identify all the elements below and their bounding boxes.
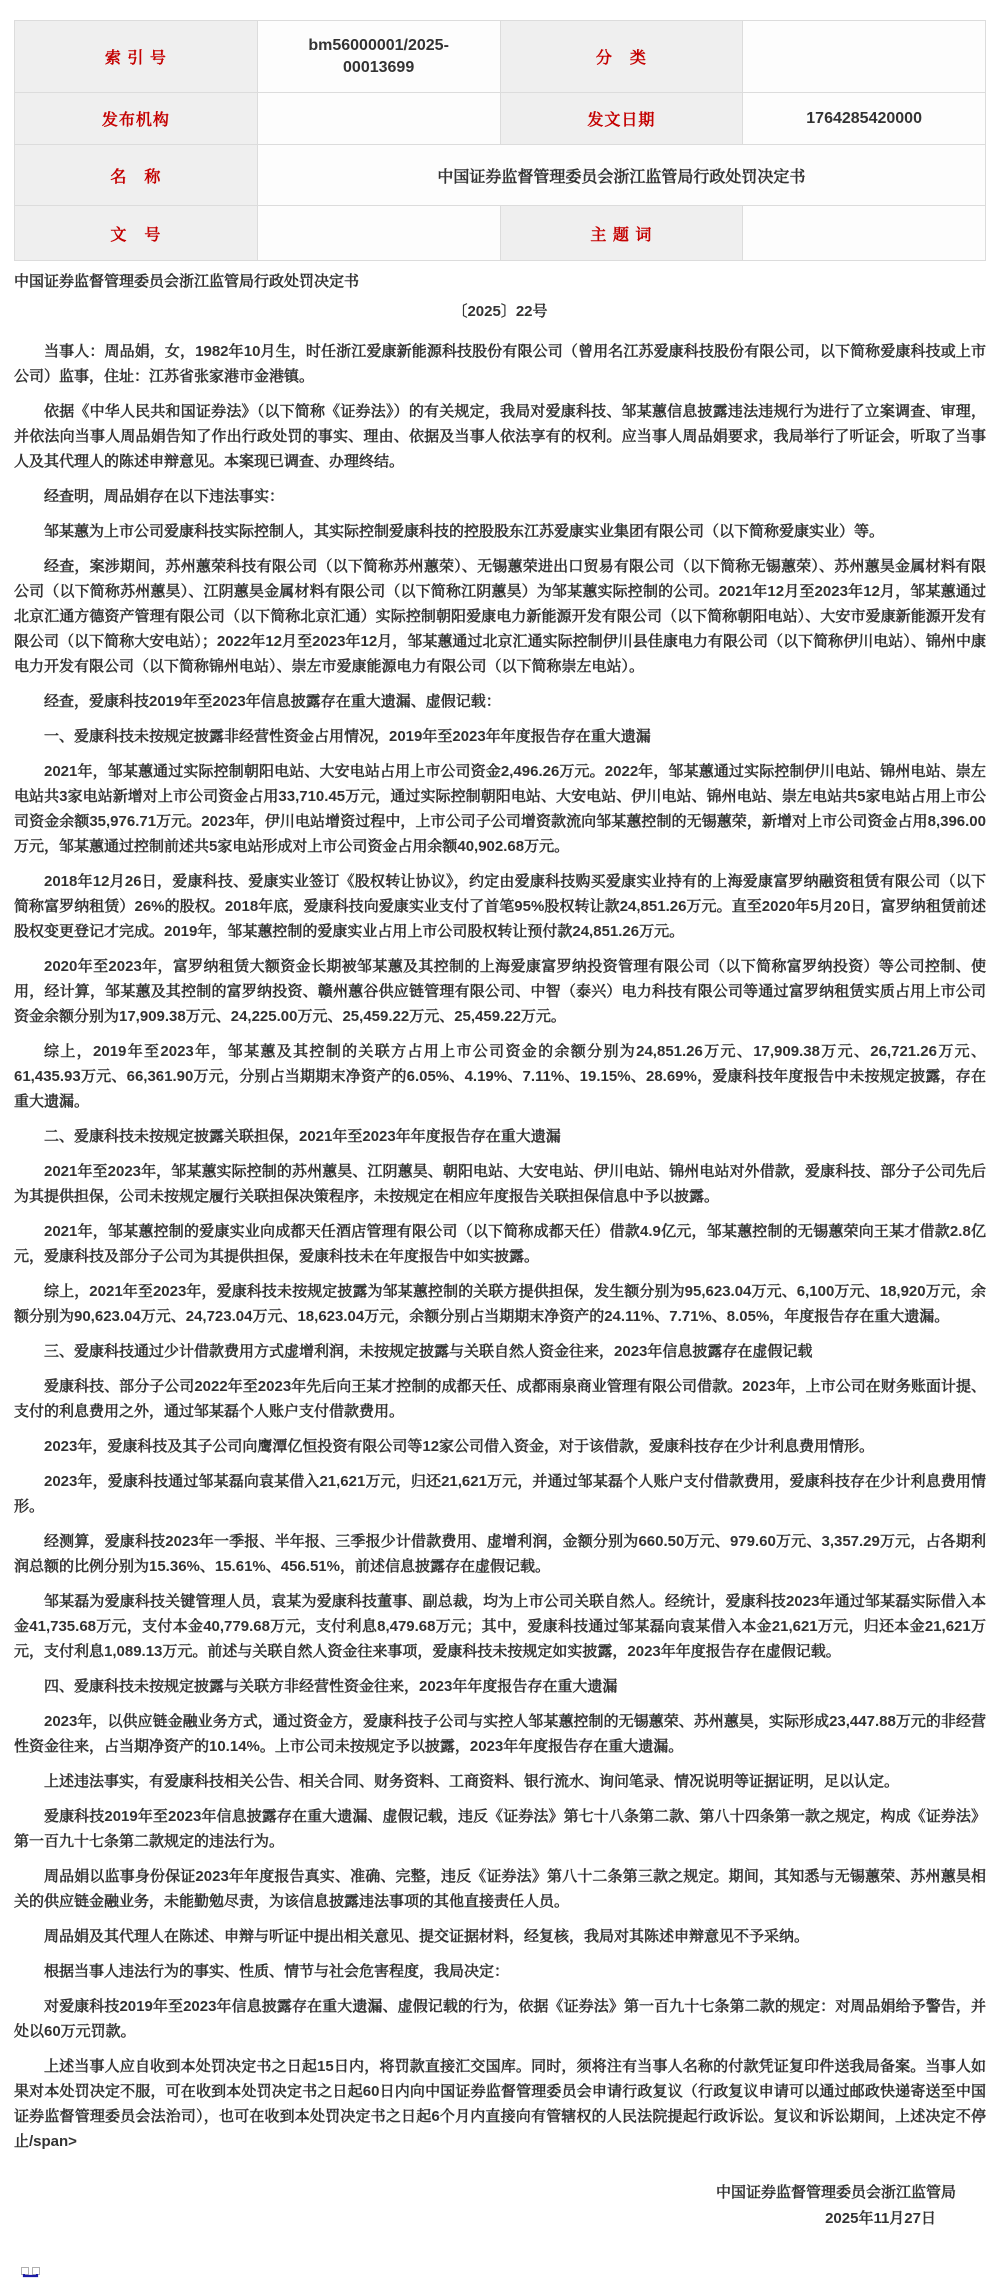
- body-paragraph: 当事人：周品娟，女，1982年10月生，时任浙江爱康新能源科技股份有限公司（曾用…: [14, 339, 986, 389]
- body-paragraph: 综上，2021年至2023年，爱康科技未按规定披露为邹某蕙控制的关联方提供担保，…: [14, 1279, 986, 1329]
- body-paragraph: 周品娟以监事身份保证2023年年度报告真实、准确、完整，违反《证券法》第八十二条…: [14, 1864, 986, 1914]
- meta-row-4: 文 号 主 题 词: [15, 206, 986, 261]
- meta-row-2: 发布机构 发文日期 1764285420000: [15, 93, 986, 145]
- body-paragraph: 经查，案涉期间，苏州蕙荣科技有限公司（以下简称苏州蕙荣）、无锡蕙荣进出口贸易有限…: [14, 554, 986, 679]
- body-paragraph: 2020年至2023年，富罗纳租赁大额资金长期被邹某蕙及其控制的上海爱康富罗纳投…: [14, 954, 986, 1029]
- body-paragraph: 二、爱康科技未按规定披露关联担保，2021年至2023年年度报告存在重大遗漏: [14, 1124, 986, 1149]
- date-label: 发文日期: [500, 93, 743, 145]
- body-paragraph: 2021年，邹某蕙通过实际控制朝阳电站、大安电站占用上市公司资金2,496.26…: [14, 759, 986, 859]
- body-paragraph: 经测算，爱康科技2023年一季报、半年报、三季报少计借款费用、虚增利润，金额分别…: [14, 1529, 986, 1579]
- issuer-value: [257, 93, 500, 145]
- body-paragraph: 2023年，爱康科技通过邹某磊向袁某借入21,621万元，归还21,621万元，…: [14, 1469, 986, 1519]
- body-paragraph: 邹某磊为爱康科技关键管理人员，袁某为爱康科技董事、副总裁，均为上市公司关联自然人…: [14, 1589, 986, 1664]
- body-paragraph: 周品娟及其代理人在陈述、申辩与听证中提出相关意见、提交证据材料，经复核，我局对其…: [14, 1924, 986, 1949]
- signature-org: 中国证券监督管理委员会浙江监管局: [0, 2180, 1000, 2206]
- meta-row-1: 索 引 号 bm56000001/2025-00013699 分 类: [15, 21, 986, 93]
- broken-image-icon: [20, 2264, 42, 2280]
- document-number: 〔2025〕22号: [0, 301, 1000, 323]
- page: 索 引 号 bm56000001/2025-00013699 分 类 发布机构 …: [0, 20, 1000, 2280]
- body-paragraph: 经查，爱康科技2019年至2023年信息披露存在重大遗漏、虚假记载：: [14, 689, 986, 714]
- subject-label: 主 题 词: [500, 206, 743, 261]
- body-paragraph: 爱康科技2019年至2023年信息披露存在重大遗漏、虚假记载，违反《证券法》第七…: [14, 1804, 986, 1854]
- category-label: 分 类: [500, 21, 743, 93]
- signature-block: 中国证券监督管理委员会浙江监管局 2025年11月27日: [0, 2180, 1000, 2232]
- body-paragraph: 经查明，周品娟存在以下违法事实：: [14, 484, 986, 509]
- meta-row-3: 名 称 中国证券监督管理委员会浙江监管局行政处罚决定书: [15, 145, 986, 206]
- body-paragraph: 综上，2019年至2023年，邹某蕙及其控制的关联方占用上市公司资金的余额分别为…: [14, 1039, 986, 1114]
- body-paragraph: 2023年，爱康科技及其子公司向鹰潭亿恒投资有限公司等12家公司借入资金，对于该…: [14, 1434, 986, 1459]
- body-paragraph: 三、爱康科技通过少计借款费用方式虚增利润，未按规定披露与关联自然人资金往来，20…: [14, 1339, 986, 1364]
- body-paragraph: 四、爱康科技未按规定披露与关联方非经营性资金往来，2023年年度报告存在重大遗漏: [14, 1674, 986, 1699]
- doc-no-value: [257, 206, 500, 261]
- name-label: 名 称: [15, 145, 258, 206]
- document-meta-table: 索 引 号 bm56000001/2025-00013699 分 类 发布机构 …: [14, 20, 986, 261]
- document-body: 当事人：周品娟，女，1982年10月生，时任浙江爱康新能源科技股份有限公司（曾用…: [14, 339, 986, 2154]
- document-title: 中国证券监督管理委员会浙江监管局行政处罚决定书: [14, 271, 986, 293]
- body-paragraph: 一、爱康科技未按规定披露非经营性资金占用情况，2019年至2023年年度报告存在…: [14, 724, 986, 749]
- name-value: 中国证券监督管理委员会浙江监管局行政处罚决定书: [257, 145, 985, 206]
- body-paragraph: 根据当事人违法行为的事实、性质、情节与社会危害程度，我局决定：: [14, 1959, 986, 1984]
- index-value-text: bm56000001/2025-00013699: [291, 35, 467, 79]
- body-paragraph: 邹某蕙为上市公司爱康科技实际控制人，其实际控制爱康科技的控股股东江苏爱康实业集团…: [14, 519, 986, 544]
- body-paragraph: 2018年12月26日，爱康科技、爱康实业签订《股权转让协议》，约定由爱康科技购…: [14, 869, 986, 944]
- body-paragraph: 依据《中华人民共和国证券法》（以下简称《证券法》）的有关规定，我局对爱康科技、邹…: [14, 399, 986, 474]
- signature-date: 2025年11月27日: [0, 2206, 1000, 2232]
- date-value: 1764285420000: [743, 93, 986, 145]
- subject-value: [743, 206, 986, 261]
- index-label: 索 引 号: [15, 21, 258, 93]
- body-paragraph: 上述当事人应自收到本处罚决定书之日起15日内，将罚款直接汇交国库。同时，须将注有…: [14, 2054, 986, 2154]
- body-paragraph: 2021年，邹某蕙控制的爱康实业向成都天任酒店管理有限公司（以下简称成都天任）借…: [14, 1219, 986, 1269]
- issuer-label: 发布机构: [15, 93, 258, 145]
- body-paragraph: 2023年，以供应链金融业务方式，通过资金方，爱康科技子公司与实控人邹某蕙控制的…: [14, 1709, 986, 1759]
- body-paragraph: 爱康科技、部分子公司2022年至2023年先后向王某才控制的成都天任、成都雨泉商…: [14, 1374, 986, 1424]
- body-paragraph: 上述违法事实，有爱康科技相关公告、相关合同、财务资料、工商资料、银行流水、询问笔…: [14, 1769, 986, 1794]
- body-paragraph: 2021年至2023年，邹某蕙实际控制的苏州蕙昊、江阴蕙昊、朝阳电站、大安电站、…: [14, 1159, 986, 1209]
- category-value: [743, 21, 986, 93]
- doc-no-label: 文 号: [15, 206, 258, 261]
- body-paragraph: 对爱康科技2019年至2023年信息披露存在重大遗漏、虚假记载的行为，依据《证券…: [14, 1994, 986, 2044]
- index-value: bm56000001/2025-00013699: [257, 21, 500, 93]
